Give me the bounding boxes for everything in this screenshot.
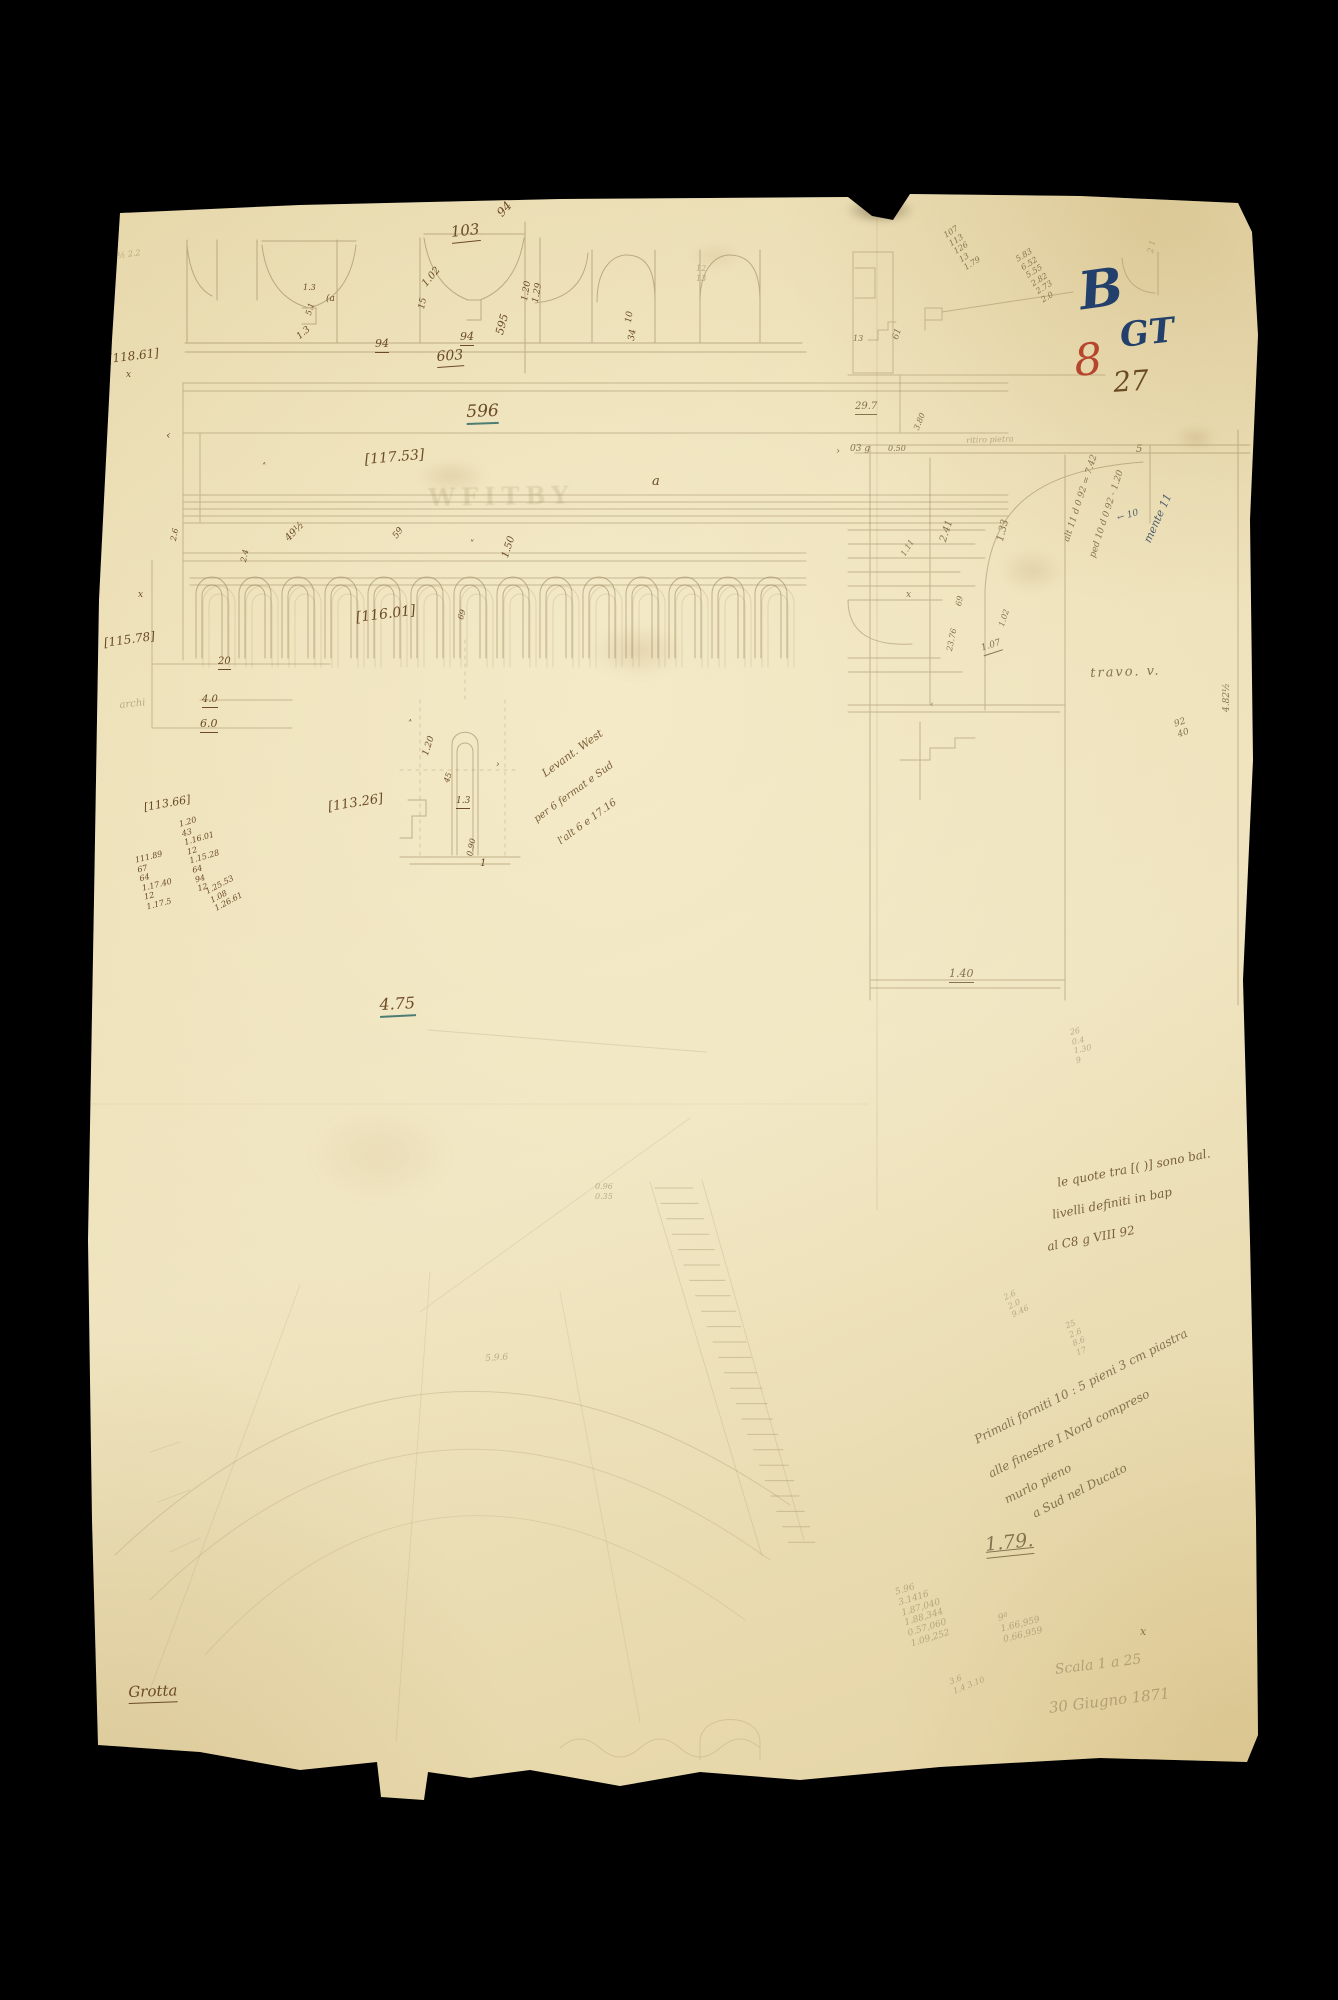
annotation: 17.2 25.2 7.3 (96, 196, 122, 232)
faint-guide-line (428, 1030, 706, 1052)
annotation: 1.40 (949, 968, 974, 983)
caption-grotta: Grotta (128, 1682, 178, 1703)
annotation: x (1140, 1626, 1146, 1639)
corbel-arch-frieze (196, 577, 787, 658)
annotation: 4.82½ (1222, 683, 1233, 712)
annotation: 5 (1136, 444, 1142, 456)
annotation: a (652, 474, 660, 489)
annotation: 603 (436, 347, 464, 367)
annotation: 1.3 (303, 283, 316, 292)
annotation: x (138, 590, 143, 601)
annotation: 29.7 (855, 401, 877, 415)
annotation: 03 g (850, 444, 870, 455)
annotation: 1.79. (984, 1529, 1035, 1559)
annotation: ‹ (166, 428, 171, 442)
annotation: 4.75 (379, 994, 416, 1018)
annotation: ˄ (408, 720, 413, 731)
annotation: 0.50 (888, 444, 906, 453)
annotation: 4.0 (202, 694, 218, 708)
plan-arc-inner (205, 1516, 745, 1655)
drawing-sheet: BGT82717.2 25.2 7.34½ 2.2103941.02151.3(… (0, 0, 1338, 2000)
plan-radial-lines (150, 1118, 690, 1742)
annotation: 94 (375, 338, 389, 353)
annotation: 0.96 0.35 (595, 1182, 613, 1201)
annotation: › (496, 760, 500, 771)
stamp: WFITBY (428, 481, 575, 512)
niche-construction-lines (400, 640, 520, 857)
photo-backdrop: BGT82717.2 25.2 7.34½ 2.2103941.02151.3(… (0, 0, 1338, 2000)
annotation: 10 (624, 311, 636, 324)
annotation: travo. v. (1090, 664, 1161, 682)
annotation: 6.0 (200, 718, 218, 733)
annotation: 12 13 (696, 264, 706, 283)
annotation: ˅ (470, 540, 475, 551)
annotation: (a (326, 294, 335, 305)
annotation: 20 (218, 656, 231, 670)
annotation: 5.9.6 (485, 1352, 509, 1364)
cornice-profile-lines (152, 383, 1008, 728)
top-arcade-study (185, 222, 806, 373)
annotation: 34 (627, 329, 639, 342)
annotation: x (906, 590, 911, 601)
bottom-scallop-detail (560, 1720, 760, 1761)
catalog-mark-b: B (1075, 256, 1127, 323)
annotation: 1.3 (456, 796, 470, 809)
catalog-mark-27: 27 (1112, 364, 1150, 399)
annotation: › (836, 446, 840, 458)
annotation: 1.20 1.29 (520, 280, 545, 303)
plan-arc-outer (115, 1391, 790, 1555)
annotation: 13 (853, 334, 863, 343)
annotation: ˄ (262, 463, 267, 474)
annotation: 1 (480, 858, 486, 870)
annotation: 596 (466, 401, 499, 425)
catalog-mark-8: 8 (1072, 334, 1104, 388)
annotation: ‹ (930, 700, 934, 711)
annotation: ritiro pietra (966, 434, 1014, 445)
plan-arc-middle (150, 1449, 770, 1600)
annotation: x (126, 370, 131, 381)
corbel-arch-frieze-shadow (203, 586, 794, 667)
annotation: 94 (460, 331, 474, 346)
stair-bound-lines (650, 1180, 804, 1556)
annotation: 103 (450, 221, 481, 244)
stair-hatch-lines (655, 1188, 815, 1542)
catalog-mark-gt: GT (1118, 310, 1176, 356)
